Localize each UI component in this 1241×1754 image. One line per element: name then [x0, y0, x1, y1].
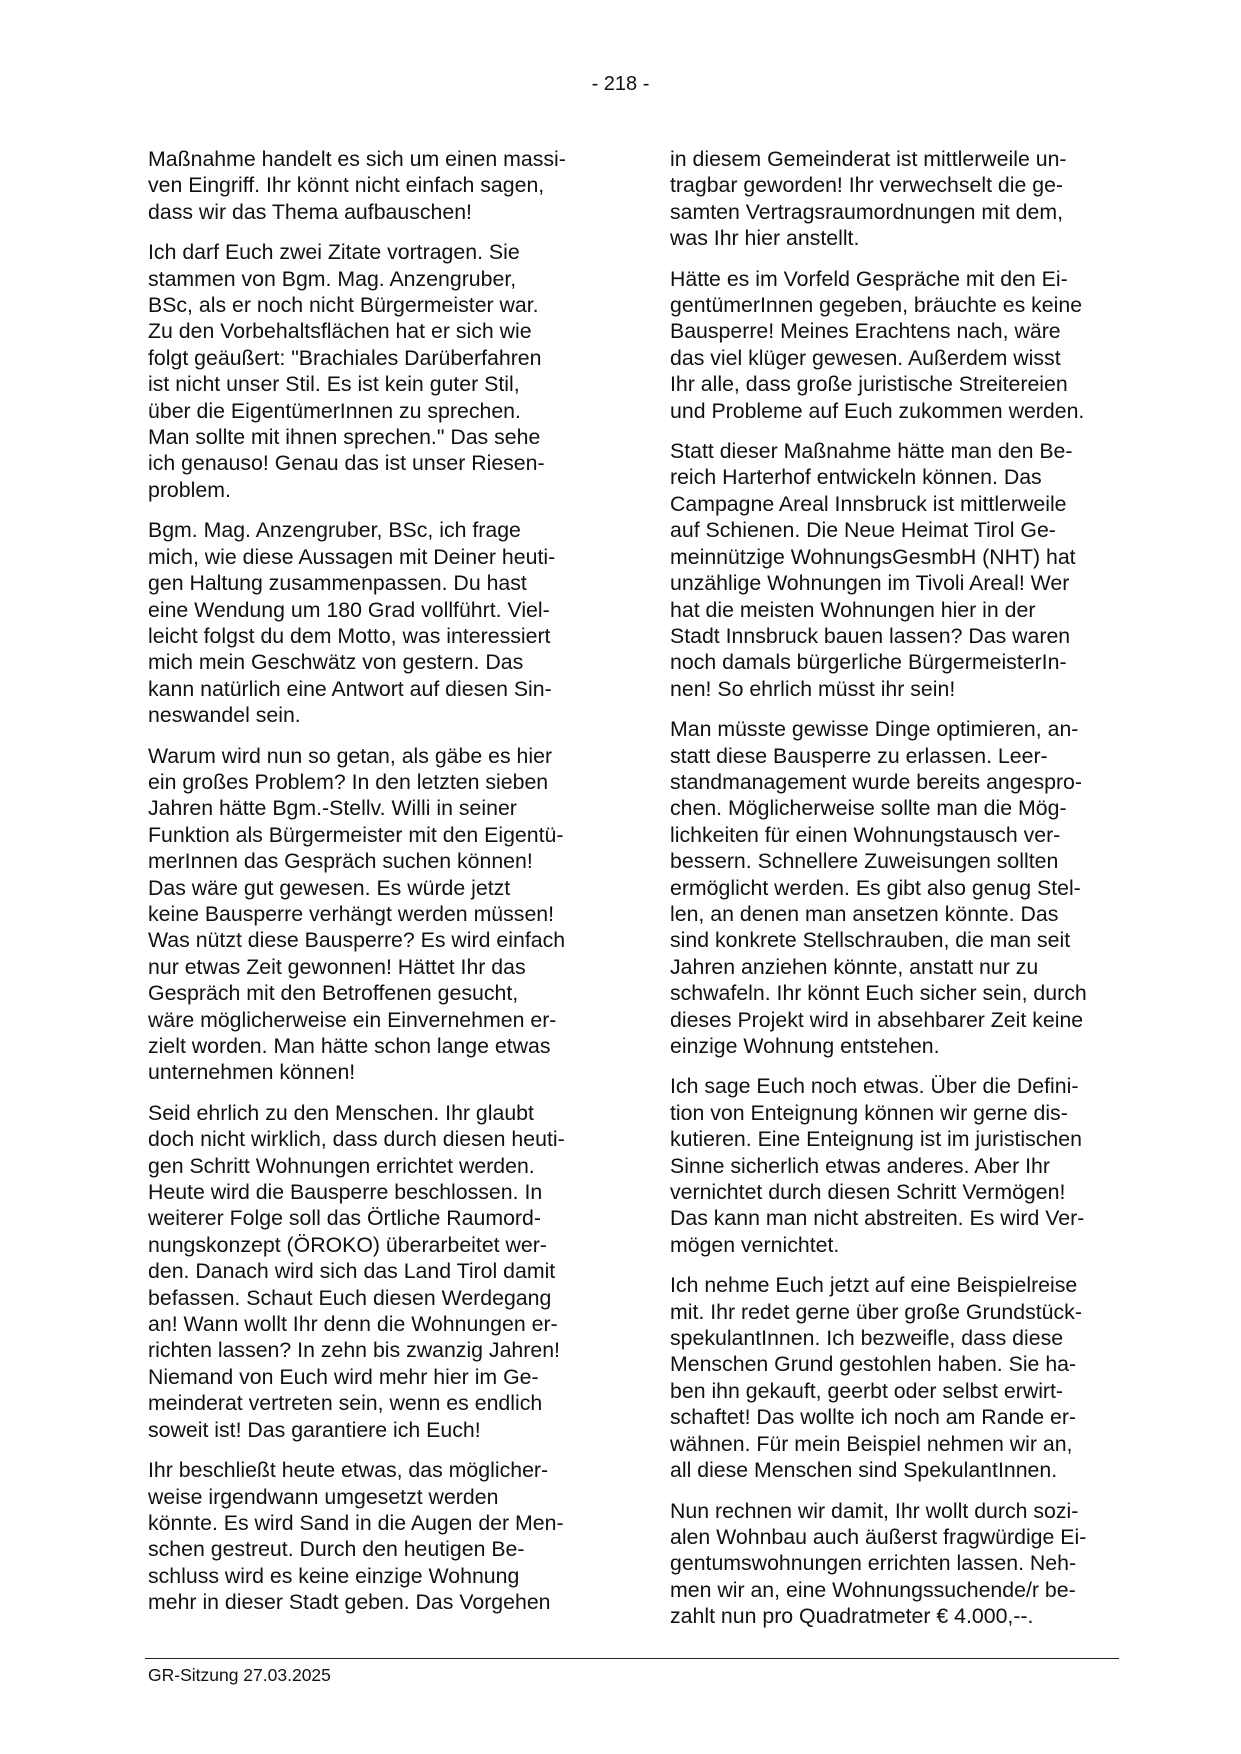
paragraph: Bgm. Mag. Anzengruber, BSc, ich frage mi… — [148, 517, 608, 728]
paragraph: Nun rechnen wir damit, Ihr wollt durch s… — [670, 1498, 1130, 1630]
footer-session-date: GR-Sitzung 27.03.2025 — [148, 1664, 331, 1686]
right-column: in diesem Gemeinderat ist mittlerweile u… — [670, 146, 1130, 1644]
paragraph: Statt dieser Maßnahme hätte man den Be- … — [670, 438, 1130, 702]
paragraph: Warum wird nun so getan, als gäbe es hie… — [148, 743, 608, 1086]
paragraph: in diesem Gemeinderat ist mittlerweile u… — [670, 146, 1130, 252]
paragraph: Hätte es im Vorfeld Gespräche mit den Ei… — [670, 266, 1130, 424]
paragraph: Ihr beschließt heute etwas, das mögliche… — [148, 1457, 608, 1615]
paragraph: Ich sage Euch noch etwas. Über die Defin… — [670, 1073, 1130, 1258]
paragraph: Ich nehme Euch jetzt auf eine Beispielre… — [670, 1272, 1130, 1483]
paragraph: Maßnahme handelt es sich um einen massi-… — [148, 146, 608, 225]
footer-divider — [145, 1658, 1119, 1659]
paragraph: Seid ehrlich zu den Menschen. Ihr glaubt… — [148, 1100, 608, 1443]
left-column: Maßnahme handelt es sich um einen massi-… — [148, 146, 608, 1630]
paragraph: Man müsste gewisse Dinge optimieren, an-… — [670, 716, 1130, 1059]
page-number: - 218 - — [0, 72, 1241, 96]
paragraph: Ich darf Euch zwei Zitate vortragen. Sie… — [148, 239, 608, 503]
